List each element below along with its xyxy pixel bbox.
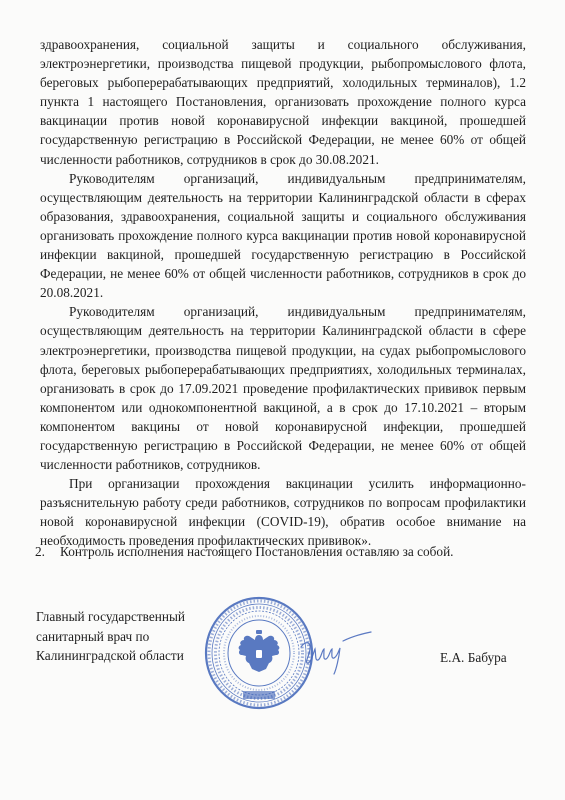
paragraph-information-work: При организации прохождения вакцинации у… — [40, 474, 526, 550]
document-page: здравоохранения, социальной защиты и соц… — [0, 0, 565, 800]
signatory-title-line-1: Главный государственный — [36, 607, 185, 627]
signatory-title-line-3: Калининградской области — [36, 646, 185, 666]
paragraph-energy-food-fishing: Руководителям организаций, индивидуальны… — [40, 302, 526, 474]
numbered-item-2: 2.Контроль исполнения настоящего Постано… — [35, 542, 454, 561]
item-number: 2. — [35, 542, 60, 561]
handwritten-signature-icon — [293, 625, 375, 685]
signatory-title: Главный государственный санитарный врач … — [36, 607, 185, 666]
document-body: здравоохранения, социальной защиты и соц… — [40, 35, 526, 551]
signatory-name: Е.А. Бабура — [440, 650, 507, 666]
signatory-title-line-2: санитарный врач по — [36, 627, 185, 647]
item-text: Контроль исполнения настоящего Постановл… — [60, 544, 454, 559]
paragraph-continuation: здравоохранения, социальной защиты и соц… — [40, 35, 526, 169]
paragraph-education-health: Руководителям организаций, индивидуальны… — [40, 169, 526, 303]
